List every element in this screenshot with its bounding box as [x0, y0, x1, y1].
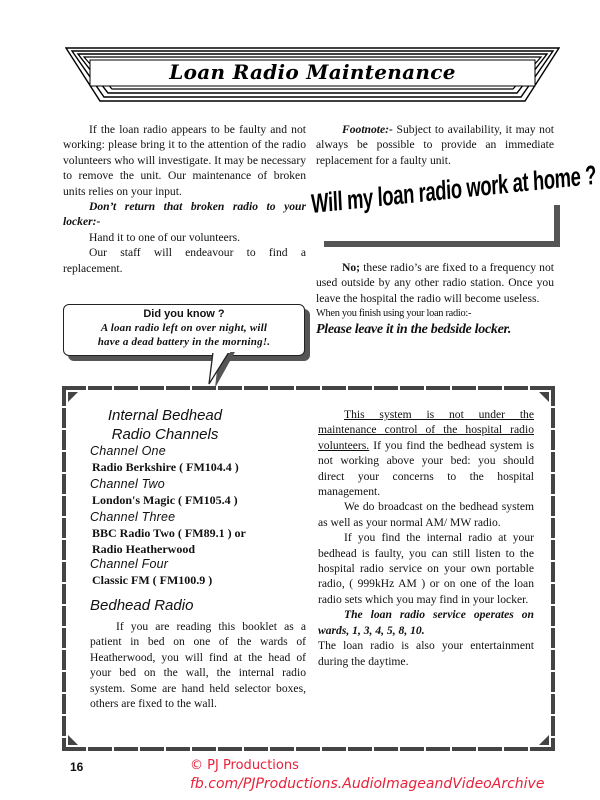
bedhead-heading: Bedhead Radio — [90, 597, 193, 614]
answer-label: No; — [342, 261, 360, 274]
replacement-text: Our staff will endeavour to find a repla… — [63, 245, 306, 276]
warning-text: Don’t return that broken radio to your l… — [63, 199, 306, 230]
facebook-link[interactable]: fb.com/PJProductions.AudioImageandVideoA… — [190, 775, 544, 793]
hand-to-volunteer-text: Hand it to one of our volunteers. — [63, 230, 306, 245]
channel-station: BBC Radio Two ( FM89.1 ) or — [90, 525, 290, 541]
channel-label: Channel Three — [90, 510, 290, 525]
corner-ornament-icon — [539, 392, 549, 402]
bedhead-system-section: This system is not under the maintenance… — [318, 407, 534, 669]
did-you-know-callout: Did you know ? A loan radio left on over… — [63, 304, 305, 356]
channel-item: Channel Two London's Magic ( FM105.4 ) — [90, 477, 290, 508]
footnote-label: Footnote:- — [342, 123, 393, 136]
copyright-text: © PJ Productions — [190, 757, 544, 775]
home-question-panel: Will my loan radio work at home ? — [318, 195, 558, 243]
title-banner: Loan Radio Maintenance — [65, 46, 560, 102]
corner-ornament-icon — [68, 392, 78, 402]
broadcast-text: We do broadcast on the bedhead system as… — [318, 499, 534, 530]
callout-title: Did you know ? — [64, 308, 304, 321]
wards-text: The loan radio service operates on wards… — [318, 607, 534, 638]
channel-list: Channel One Radio Berkshire ( FM104.4 ) … — [90, 444, 290, 588]
callout-line-2: have a dead battery in the morning!. — [64, 335, 304, 349]
channel-station: Radio Berkshire ( FM104.4 ) — [90, 459, 290, 475]
faulty-radio-paragraph: If the loan radio appears to be faulty a… — [63, 122, 306, 199]
callout-line-1: A loan radio left on over night, will — [64, 321, 304, 335]
channel-item: Channel Four Classic FM ( FM100.9 ) — [90, 557, 290, 588]
bedhead-paragraph: If you are reading this booklet as a pat… — [90, 619, 306, 711]
channel-item: Channel One Radio Berkshire ( FM104.4 ) — [90, 444, 290, 475]
channels-heading: Internal Bedhead Radio Channels — [75, 406, 255, 444]
entertainment-text: The loan radio is also your entertainmen… — [318, 638, 534, 669]
channel-label: Channel Two — [90, 477, 290, 492]
corner-ornament-icon — [68, 735, 78, 745]
leave-instruction: Please leave it in the bedside locker. — [316, 322, 554, 337]
finish-note: When you finish using your loan radio:- — [316, 306, 554, 321]
bedhead-section: If you are reading this booklet as a pat… — [90, 619, 306, 711]
channel-label: Channel One — [90, 444, 290, 459]
faulty-bedhead-text: If you find the internal radio at your b… — [318, 530, 534, 607]
faulty-radio-section: If the loan radio appears to be faulty a… — [63, 122, 306, 276]
page-number: 16 — [70, 760, 83, 774]
channel-station: Classic FM ( FM100.9 ) — [90, 572, 290, 588]
corner-ornament-icon — [539, 735, 549, 745]
page-title: Loan Radio Maintenance — [65, 60, 560, 84]
channel-item: Channel Three BBC Radio Two ( FM89.1 ) o… — [90, 510, 290, 557]
credit-block: © PJ Productions fb.com/PJProductions.Au… — [190, 757, 544, 793]
home-answer-section: No; these radio’s are fixed to a frequen… — [316, 260, 554, 337]
footnote-section: Footnote:- Subject to availability, it m… — [316, 122, 554, 168]
channel-label: Channel Four — [90, 557, 290, 572]
channel-station-alt: Radio Heatherwood — [90, 541, 290, 557]
channel-station: London's Magic ( FM105.4 ) — [90, 492, 290, 508]
